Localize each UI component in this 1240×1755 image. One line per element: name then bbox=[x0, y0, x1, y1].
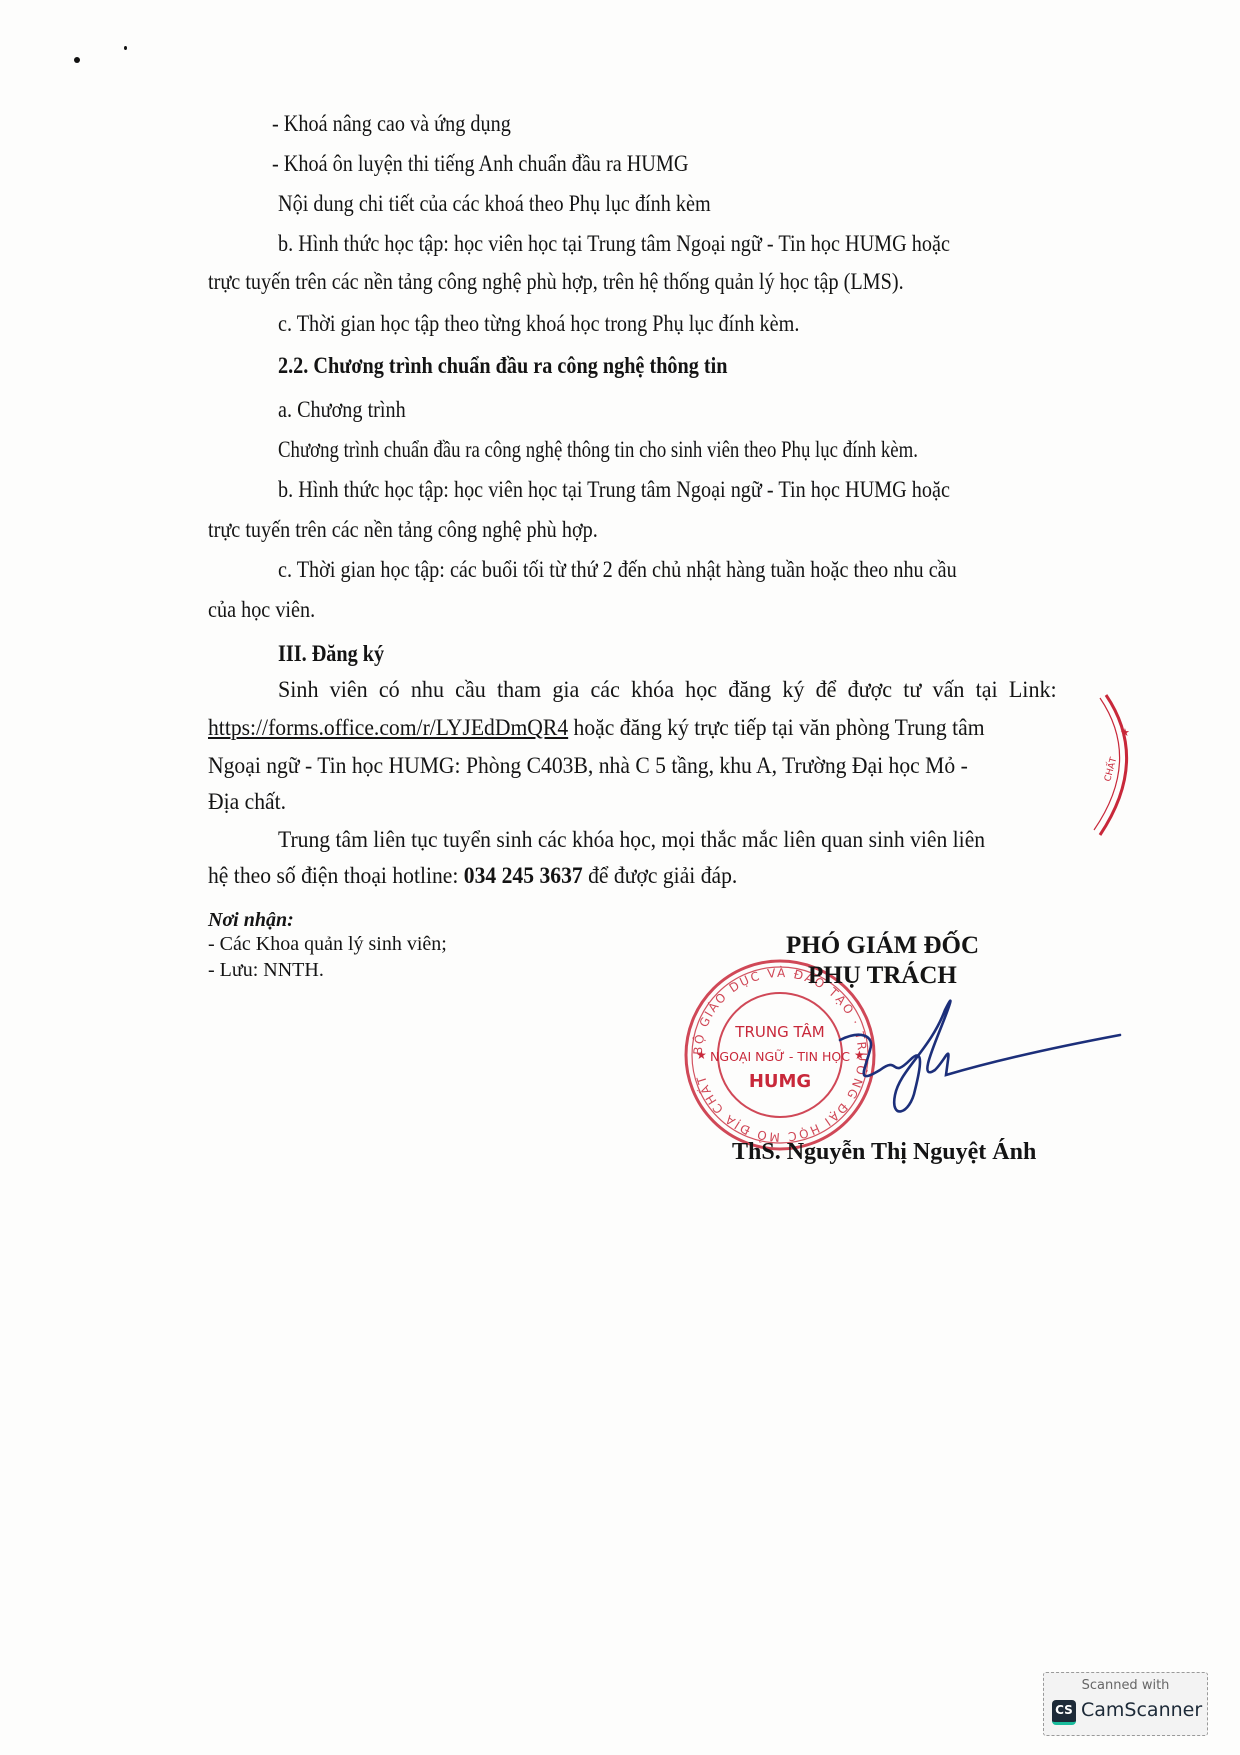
scan-speck bbox=[124, 46, 127, 50]
s22-learning-format-line2: trực tuyến trên các nền tảng công nghệ p… bbox=[208, 516, 598, 544]
stamp-edge-mark: ★ CHẤT bbox=[1090, 690, 1160, 840]
svg-text:★: ★ bbox=[1120, 727, 1130, 739]
s3-register-line3: Ngoại ngữ - Tin học HUMG: Phòng C403B, n… bbox=[208, 752, 968, 780]
recipient-item: - Các Khoa quản lý sinh viên; bbox=[208, 932, 447, 956]
section-3-heading: III. Đăng ký bbox=[278, 640, 384, 668]
contact-pre: hệ theo số điện thoại hotline: bbox=[208, 863, 464, 889]
stamp-line1: TRUNG TÂM bbox=[734, 1022, 824, 1041]
signer-name: ThS. Nguyễn Thị Nguyệt Ánh bbox=[732, 1138, 1036, 1166]
s22-program-text: Chương trình chuẩn đầu ra công nghệ thôn… bbox=[278, 436, 918, 464]
s3-register-line2-rest: hoặc đăng ký trực tiếp tại văn phòng Tru… bbox=[568, 715, 984, 741]
registration-form-link[interactable]: https://forms.office.com/r/LYJEdDmQR4 bbox=[208, 715, 568, 741]
s3-register-line1: Sinh viên có nhu cầu tham gia các khóa h… bbox=[278, 676, 1057, 704]
stamp-line3: HUMG bbox=[749, 1071, 811, 1092]
s21-learning-format-line1: b. Hình thức học tập: học viên học tại T… bbox=[278, 230, 950, 258]
scan-speck bbox=[74, 57, 80, 63]
s3-register-line4: Địa chất. bbox=[208, 788, 286, 816]
s3-register-line2: https://forms.office.com/r/LYJEdDmQR4 ho… bbox=[208, 714, 985, 742]
s22-learning-time-line1: c. Thời gian học tập: các buổi tối từ th… bbox=[278, 556, 957, 584]
section-2-2-heading: 2.2. Chương trình chuẩn đầu ra công nghệ… bbox=[278, 352, 728, 380]
handwritten-signature bbox=[820, 990, 1130, 1130]
detail-note: Nội dung chi tiết của các khoá theo Phụ … bbox=[278, 190, 711, 218]
watermark-top-text: Scanned with bbox=[1044, 1678, 1207, 1693]
list-item-advanced-course: - Khoá nâng cao và ứng dụng bbox=[272, 110, 511, 138]
s21-learning-time: c. Thời gian học tập theo từng khoá học … bbox=[278, 310, 799, 338]
list-item-english-exam-course: - Khoá ôn luyện thi tiếng Anh chuẩn đầu … bbox=[272, 150, 688, 178]
hotline-number: 034 245 3637 bbox=[464, 863, 583, 889]
svg-text:★: ★ bbox=[696, 1048, 707, 1062]
s22-learning-format-line1: b. Hình thức học tập: học viên học tại T… bbox=[278, 476, 950, 504]
watermark-brand: CamScanner bbox=[1081, 1699, 1202, 1721]
s22-learning-time-line2: của học viên. bbox=[208, 596, 315, 624]
signature-title-line1: PHÓ GIÁM ĐỐC bbox=[786, 932, 979, 960]
s22-program-label: a. Chương trình bbox=[278, 396, 406, 424]
recipients-title: Nơi nhận: bbox=[208, 908, 294, 932]
stamp-edge-text: CHẤT bbox=[1101, 755, 1119, 782]
camscanner-watermark: Scanned with CS CamScanner bbox=[1043, 1672, 1208, 1736]
recipient-item: - Lưu: NNTH. bbox=[208, 958, 324, 982]
signature-title-line2: PHỤ TRÁCH bbox=[808, 962, 957, 990]
s3-contact-line2: hệ theo số điện thoại hotline: 034 245 3… bbox=[208, 862, 737, 890]
contact-post: để được giải đáp. bbox=[583, 863, 738, 889]
camscanner-logo-icon: CS bbox=[1052, 1700, 1076, 1725]
s21-learning-format-line2: trực tuyến trên các nền tảng công nghệ p… bbox=[208, 268, 904, 296]
s3-contact-line1: Trung tâm liên tục tuyển sinh các khóa h… bbox=[278, 826, 985, 854]
